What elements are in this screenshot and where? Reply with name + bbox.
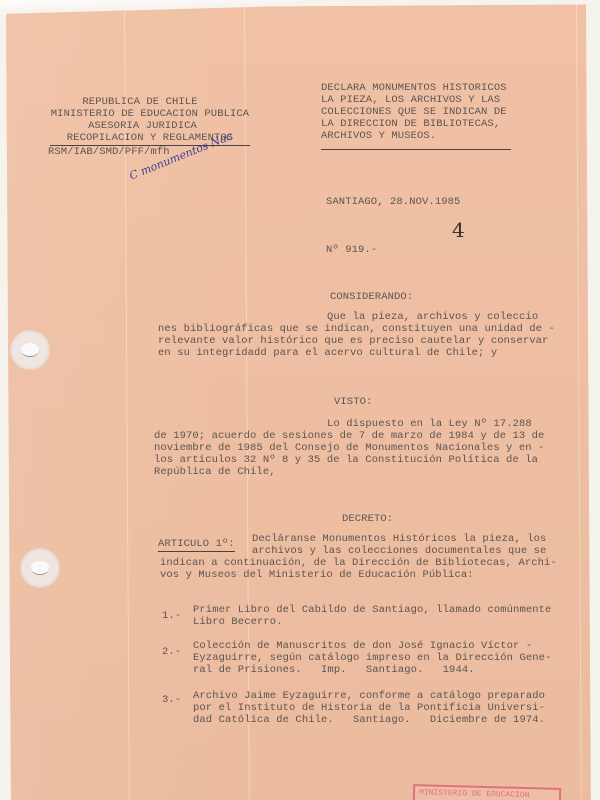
body-line: relevante valor histórico que es preciso… bbox=[158, 335, 548, 348]
body-line: noviembre de 1985 del Consejo de Monumen… bbox=[154, 442, 544, 455]
section-heading-decreto: DECRETO: bbox=[342, 513, 393, 526]
item-line: Archivo Jaime Eyzaguirre, conforme a cat… bbox=[193, 690, 545, 703]
article-label: ARTICULO 1º: bbox=[158, 538, 235, 552]
header-line: ASESORIA JURIDICA bbox=[40, 120, 245, 133]
paper-edge-line bbox=[576, 5, 582, 800]
summary-line: DECLARA MONUMENTOS HISTORICOS bbox=[321, 82, 507, 95]
body-line: Que la pieza, archivos y coleccio bbox=[327, 311, 538, 324]
punch-hole-icon bbox=[10, 330, 50, 370]
decree-number: Nº 919.- bbox=[326, 244, 377, 257]
summary-line: LA PIEZA, LOS ARCHIVOS Y LAS bbox=[321, 94, 500, 107]
place-date: SANTIAGO, 28.NOV.1985 bbox=[326, 196, 460, 209]
header-line: MINISTERIO DE EDUCACION PUBLICA bbox=[40, 108, 260, 121]
section-heading-visto: VISTO: bbox=[334, 396, 372, 409]
body-line: de 1970; acuerdo de sesiones de 7 de mar… bbox=[154, 430, 544, 443]
item-line: por el Instituto de Historia de la Ponti… bbox=[193, 702, 545, 715]
body-line: archivos y las colecciones documentales … bbox=[252, 545, 546, 558]
reference-code: RSM/IAB/SMD/PFF/mfh bbox=[48, 146, 170, 159]
summary-line: LA DIRECCION DE BIBLIOTECAS, bbox=[321, 118, 500, 131]
official-stamp: MINISTERIO DE EDUCACION bbox=[413, 784, 561, 800]
header-line: REPUBLICA DE CHILE bbox=[40, 96, 240, 109]
body-line: vos y Museos del Ministerio de Educación… bbox=[160, 569, 474, 582]
body-line: Lo dispuesto en la Ley Nº 17.288 bbox=[327, 418, 532, 431]
item-line: Eyzaguirre, según catálogo impreso en la… bbox=[193, 652, 551, 665]
summary-line: ARCHIVOS Y MUSEOS. bbox=[321, 130, 511, 150]
body-line: Decláranse Monumentos Históricos la piez… bbox=[252, 533, 546, 546]
punch-hole-icon bbox=[20, 548, 60, 588]
body-line: los artículos 32 Nº 8 y 35 de la Constit… bbox=[154, 454, 538, 467]
section-heading-considerando: CONSIDERANDO: bbox=[330, 291, 413, 304]
item-line: Primer Libro del Cabildo de Santiago, ll… bbox=[193, 604, 551, 617]
summary-line: COLECCIONES QUE SE INDICAN DE bbox=[321, 106, 507, 119]
body-line: indican a continuación, de la Dirección … bbox=[160, 557, 557, 570]
body-line: nes bibliográficas que se indican, const… bbox=[158, 323, 555, 336]
item-number: 1.- bbox=[162, 610, 181, 623]
item-number: 3.- bbox=[162, 694, 181, 707]
item-line: ral de Prisiones. Imp. Santiago. 1944. bbox=[193, 664, 475, 677]
item-line: dad Católica de Chile. Santiago. Diciemb… bbox=[193, 714, 545, 727]
item-line: Libro Becerro. bbox=[193, 616, 283, 629]
body-line: República de Chile, bbox=[154, 466, 276, 479]
item-line: Colección de Manuscritos de don José Ign… bbox=[193, 640, 532, 653]
body-line: en su integridadd para el acervo cultura… bbox=[158, 347, 497, 360]
item-number: 2.- bbox=[162, 646, 181, 659]
handwritten-mark: 4 bbox=[452, 218, 465, 242]
